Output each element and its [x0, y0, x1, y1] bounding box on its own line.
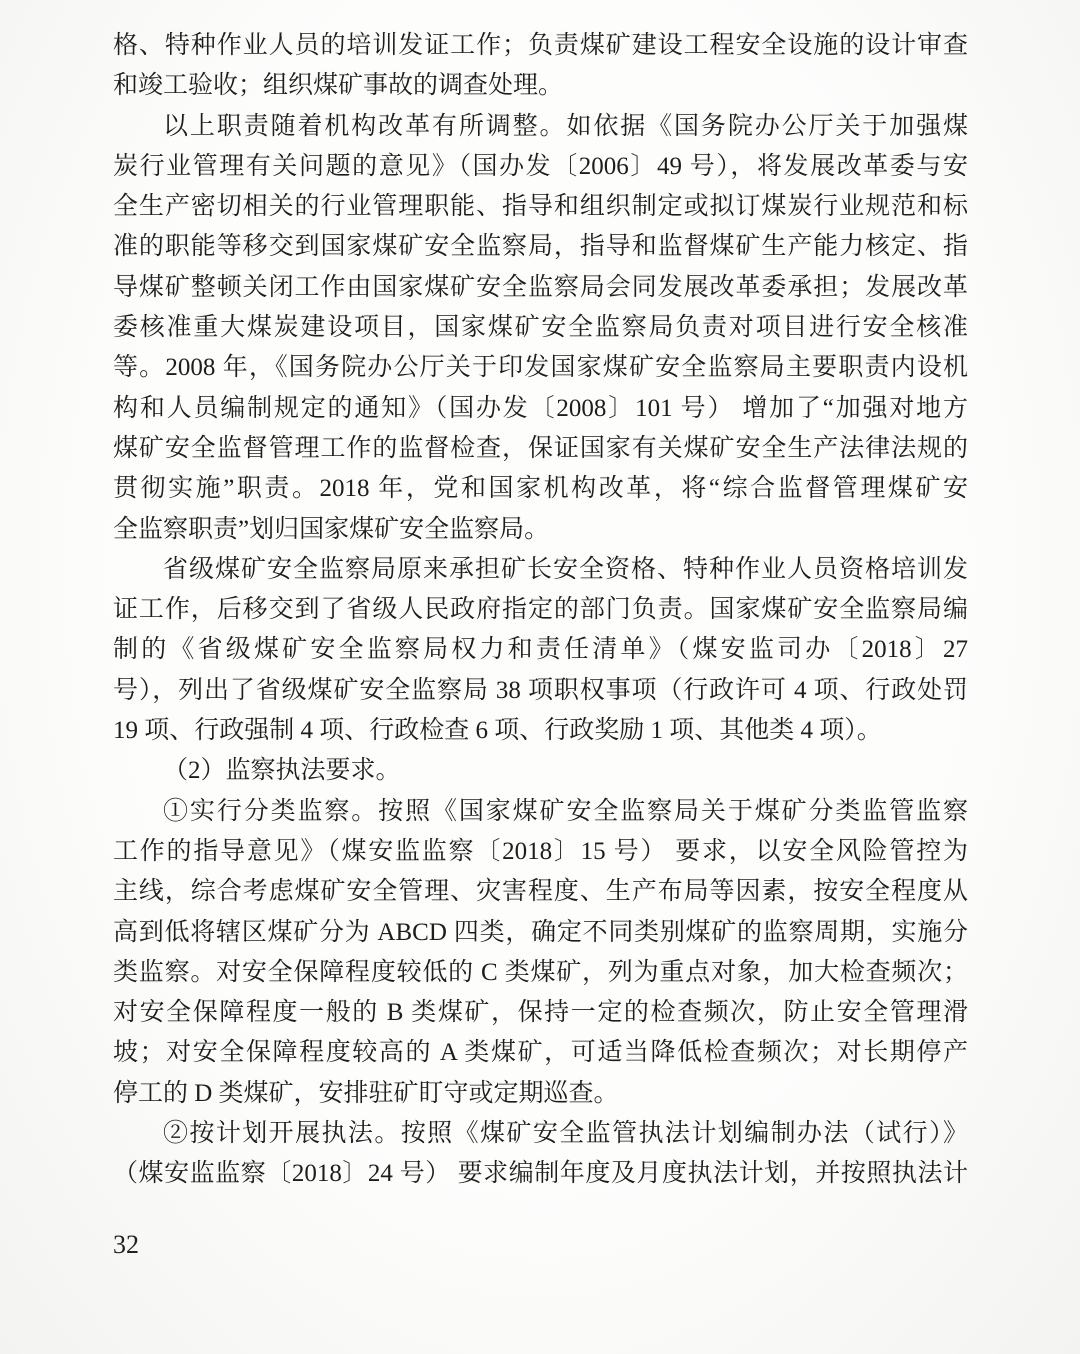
text-line: 格、特种作业人员的培训发证工作；负责煤矿建设工程安全设施的设计审查	[113, 26, 968, 66]
text-line: 煤矿安全监督管理工作的监督检查，保证国家有关煤矿安全生产法律法规的	[113, 429, 968, 469]
body-text: 格、特种作业人员的培训发证工作；负责煤矿建设工程安全设施的设计审查 和竣工验收；…	[113, 26, 968, 1195]
scanned-book-page: 格、特种作业人员的培训发证工作；负责煤矿建设工程安全设施的设计审查 和竣工验收；…	[0, 0, 1080, 1354]
text-line: 类监察。对安全保障程度较低的 C 类煤矿，列为重点对象，加大检查频次；	[113, 953, 968, 993]
text-line: 贯彻实施”职责。2018 年，党和国家机构改革，将“综合监督管理煤矿安	[113, 469, 968, 509]
page-number: 32	[113, 1228, 139, 1262]
text-line: （煤安监监察〔2018〕24 号） 要求编制年度及月度执法计划，并按照执法计	[113, 1154, 968, 1194]
text-line: 高到低将辖区煤矿分为 ABCD 四类，确定不同类别煤矿的监察周期，实施分	[113, 913, 968, 953]
text-line: 制的《省级煤矿安全监察局权力和责任清单》（煤安监司办〔2018〕27	[113, 630, 968, 670]
text-line: 和竣工验收；组织煤矿事故的调查处理。	[113, 66, 968, 106]
text-line: 证工作，后移交到了省级人民政府指定的部门负责。国家煤矿安全监察局编	[113, 590, 968, 630]
text-line: 全监察职责”划归国家煤矿安全监察局。	[113, 510, 968, 550]
text-line: 省级煤矿安全监察局原来承担矿长安全资格、特种作业人员资格培训发	[113, 550, 968, 590]
text-line: 炭行业管理有关问题的意见》（国办发〔2006〕49 号），将发展改革委与安	[113, 147, 968, 187]
text-line: 停工的 D 类煤矿，安排驻矿盯守或定期巡查。	[113, 1074, 968, 1114]
text-line: 19 项、行政强制 4 项、行政检查 6 项、行政奖励 1 项、其他类 4 项）…	[113, 711, 968, 751]
text-line: 坡；对安全保障程度较高的 A 类煤矿，可适当降低检查频次；对长期停产	[113, 1033, 968, 1073]
text-line: 主线，综合考虑煤矿安全管理、灾害程度、生产布局等因素，按安全程度从	[113, 872, 968, 912]
text-line: 对安全保障程度一般的 B 类煤矿，保持一定的检查频次，防止安全管理滑	[113, 993, 968, 1033]
text-line: （2）监察执法要求。	[113, 751, 968, 791]
text-line: 号），列出了省级煤矿安全监察局 38 项职权事项（行政许可 4 项、行政处罚	[113, 671, 968, 711]
text-line: 委核准重大煤炭建设项目，国家煤矿安全监察局负责对项目进行安全核准	[113, 308, 968, 348]
text-line: 导煤矿整顿关闭工作由国家煤矿安全监察局会同发展改革委承担；发展改革	[113, 268, 968, 308]
text-line: 准的职能等移交到国家煤矿安全监察局，指导和监督煤矿生产能力核定、指	[113, 227, 968, 267]
text-line: ②按计划开展执法。按照《煤矿安全监管执法计划编制办法（试行）》	[113, 1114, 968, 1154]
text-line: ①实行分类监察。按照《国家煤矿安全监察局关于煤矿分类监管监察	[113, 792, 968, 832]
text-line: 等。2008 年，《国务院办公厅关于印发国家煤矿安全监察局主要职责内设机	[113, 348, 968, 388]
text-line: 构和人员编制规定的通知》（国办发〔2008〕101 号） 增加了“加强对地方	[113, 389, 968, 429]
text-line: 全生产密切相关的行业管理职能、指导和组织制定或拟订煤炭行业规范和标	[113, 187, 968, 227]
text-line: 以上职责随着机构改革有所调整。如依据《国务院办公厅关于加强煤	[113, 107, 968, 147]
text-line: 工作的指导意见》（煤安监监察〔2018〕15 号） 要求，以安全风险管控为	[113, 832, 968, 872]
